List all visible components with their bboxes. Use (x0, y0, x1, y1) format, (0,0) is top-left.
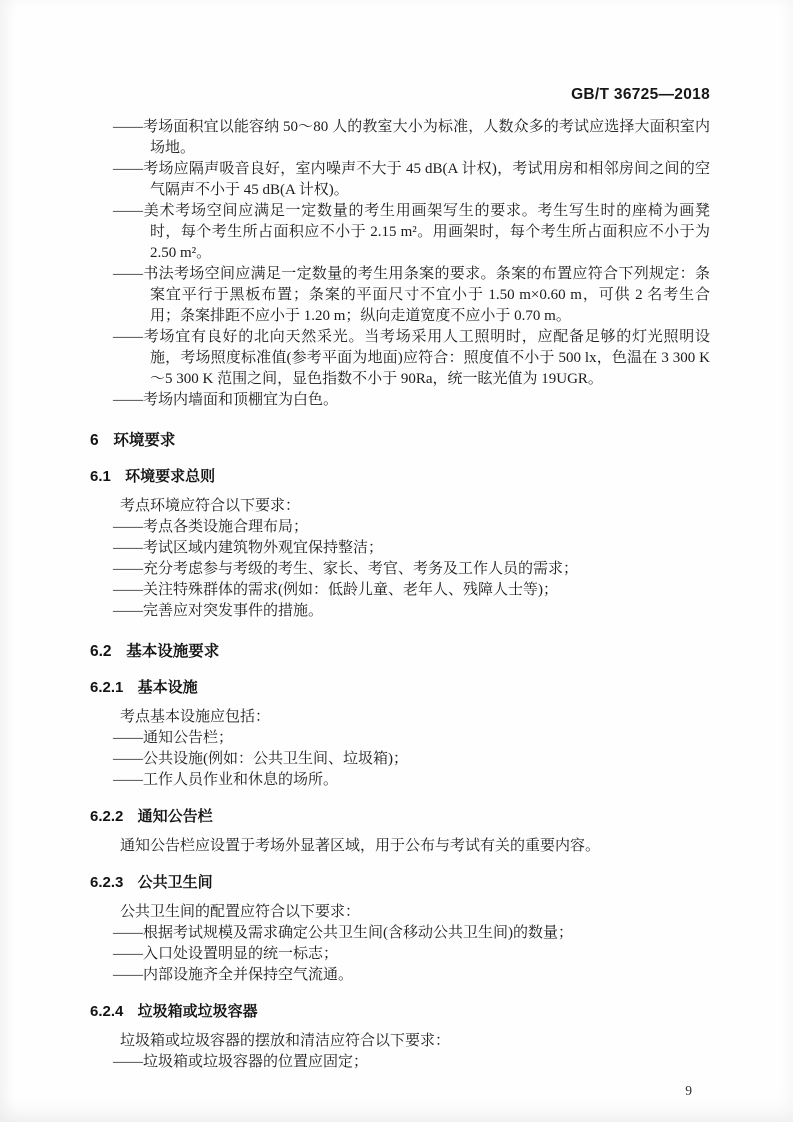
section-6-heading: 6环境要求 (90, 430, 710, 451)
section-number: 6.2.4 (90, 1003, 123, 1020)
list-item: ——考点各类设施合理布局； (90, 517, 710, 538)
list-item: ——根据考试规模及需求确定公共卫生间(含移动公共卫生间)的数量； (90, 923, 710, 944)
list-item: ——内部设施齐全并保持空气流通。 (90, 965, 710, 986)
section-title: 公共卫生间 (138, 874, 213, 891)
section-6-2-4-intro: 垃圾箱或垃圾容器的摆放和清洁应符合以下要求： (90, 1031, 710, 1052)
exam-room-requirements-list: ——考场面积宜以能容纳 50～80 人的教室大小为标准，人数众多的考试应选择大面… (90, 117, 710, 411)
list-item: ——通知公告栏； (90, 728, 710, 749)
section-title: 环境要求总则 (125, 468, 215, 485)
section-number: 6.2.3 (90, 874, 123, 891)
section-6-2-2-body: 通知公告栏应设置于考场外显著区域，用于公布与考试有关的重要内容。 (90, 836, 710, 857)
section-title: 基本设施要求 (126, 643, 219, 660)
standard-code-header: GB/T 36725—2018 (90, 84, 710, 105)
section-6-2-1-heading: 6.2.1基本设施 (90, 677, 710, 698)
section-title: 环境要求 (113, 432, 175, 449)
section-number: 6.2.2 (90, 808, 123, 825)
section-title: 基本设施 (138, 679, 198, 696)
list-item: ——垃圾箱或垃圾容器的位置应固定； (90, 1052, 710, 1073)
public-toilet-requirements-list: ——根据考试规模及需求确定公共卫生间(含移动公共卫生间)的数量； ——入口处设置… (90, 923, 710, 986)
list-item: ——入口处设置明显的统一标志； (90, 944, 710, 965)
trash-bin-requirements-list: ——垃圾箱或垃圾容器的位置应固定； (90, 1052, 710, 1073)
section-title: 通知公告栏 (138, 808, 213, 825)
list-item: ——充分考虑参与考级的考生、家长、考官、考务及工作人员的需求； (90, 559, 710, 580)
section-6-2-4-heading: 6.2.4垃圾箱或垃圾容器 (90, 1001, 710, 1022)
section-6-1-intro: 考点环境应符合以下要求： (90, 496, 710, 517)
section-title: 垃圾箱或垃圾容器 (138, 1003, 258, 1020)
section-number: 6.1 (90, 468, 111, 485)
section-number: 6 (90, 432, 99, 449)
page-number: 9 (90, 1080, 710, 1101)
section-6-2-1-intro: 考点基本设施应包括： (90, 707, 710, 728)
section-6-1-heading: 6.1环境要求总则 (90, 466, 710, 487)
list-item: ——考场应隔声吸音良好，室内噪声不大于 45 dB(A 计权)，考试用房和相邻房… (90, 159, 710, 201)
section-6-2-3-intro: 公共卫生间的配置应符合以下要求： (90, 902, 710, 923)
section-number: 6.2.1 (90, 679, 123, 696)
list-item: ——考场面积宜以能容纳 50～80 人的教室大小为标准，人数众多的考试应选择大面… (90, 117, 710, 159)
list-item: ——完善应对突发事件的措施。 (90, 601, 710, 622)
section-6-2-heading: 6.2基本设施要求 (90, 641, 710, 662)
list-item: ——公共设施(例如：公共卫生间、垃圾箱)； (90, 749, 710, 770)
section-number: 6.2 (90, 643, 112, 660)
list-item: ——考场宜有良好的北向天然采光。当考场采用人工照明时，应配备足够的灯光照明设施，… (90, 327, 710, 390)
section-6-2-2-heading: 6.2.2通知公告栏 (90, 806, 710, 827)
list-item: ——工作人员作业和休息的场所。 (90, 770, 710, 791)
section-6-2-3-heading: 6.2.3公共卫生间 (90, 872, 710, 893)
list-item: ——书法考场空间应满足一定数量的考生用条案的要求。条案的布置应符合下列规定：条案… (90, 264, 710, 327)
list-item: ——考试区域内建筑物外观宜保持整洁； (90, 538, 710, 559)
basic-facilities-list: ——通知公告栏； ——公共设施(例如：公共卫生间、垃圾箱)； ——工作人员作业和… (90, 728, 710, 791)
list-item: ——关注特殊群体的需求(例如：低龄儿童、老年人、残障人士等)； (90, 580, 710, 601)
standard-document-page: GB/T 36725—2018 ——考场面积宜以能容纳 50～80 人的教室大小… (0, 0, 793, 1122)
list-item: ——考场内墙面和顶棚宜为白色。 (90, 390, 710, 411)
list-item: ——美术考场空间应满足一定数量的考生用画架写生的要求。考生写生时的座椅为画凳时，… (90, 201, 710, 264)
environment-requirements-list: ——考点各类设施合理布局； ——考试区域内建筑物外观宜保持整洁； ——充分考虑参… (90, 517, 710, 622)
